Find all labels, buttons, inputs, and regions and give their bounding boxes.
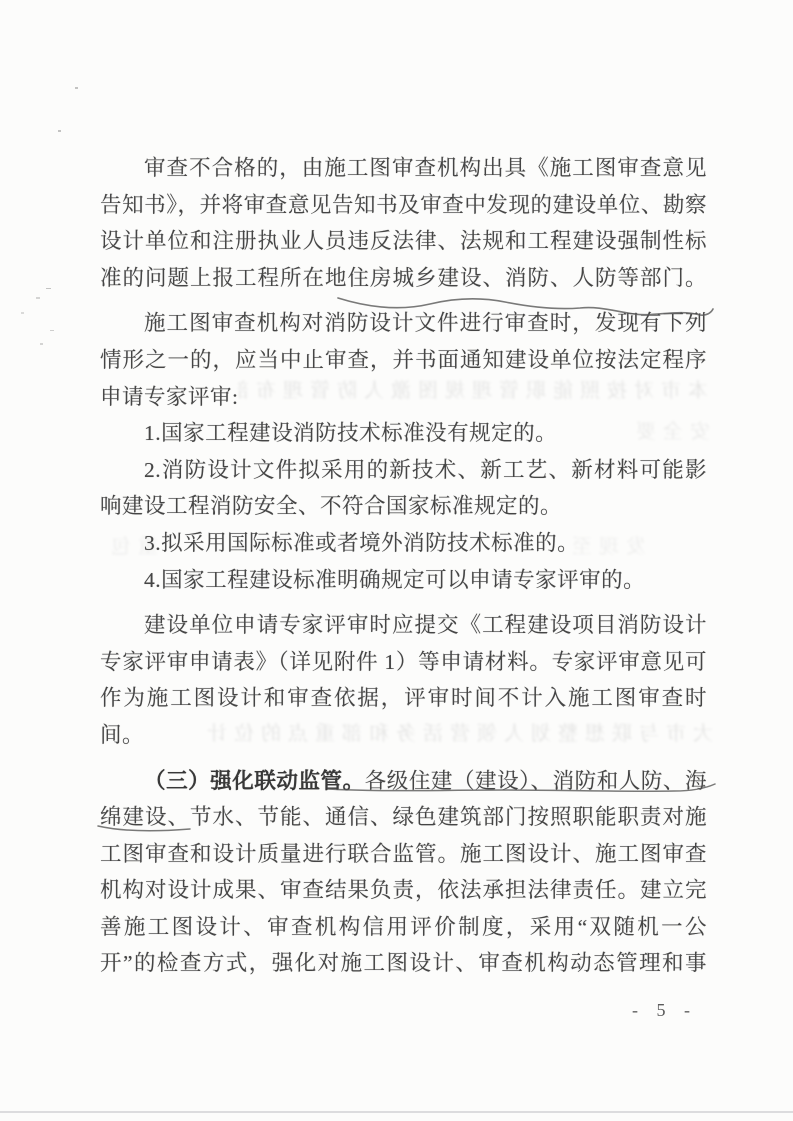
scan-speck	[46, 288, 51, 289]
text-line: 开”的检查方式，强化对施工图设计、审查机构动态管理和事	[100, 945, 707, 982]
text-line: 专家评审申请表》（详见附件 1）等申请材料。专家评审意见可	[100, 644, 707, 681]
bleed-through-text: 本市对按照能职管理规图激人防管理布部里小物的下行	[238, 379, 708, 403]
document-body: 审查不合格的，由施工图审查机构出具《施工图审查意见 告知书》，并将审查意见告知书…	[100, 150, 707, 982]
text-line: 绵建设、节水、节能、通信、绿色建筑部门按照职能职责对施	[100, 799, 707, 836]
scan-speck	[21, 312, 24, 314]
page-number: - 5 -	[632, 1000, 697, 1021]
bleed-through-text: 重包	[96, 535, 158, 559]
text-line: 告知书》，并将审查意见告知书及审查中发现的建设单位、勘察	[100, 187, 707, 224]
scan-speck	[58, 130, 61, 132]
text-line: 准的问题上报工程所在地住房城乡建设、消防、人防等部门。	[100, 260, 707, 297]
scan-speck	[75, 87, 78, 89]
text-line: 建设单位申请专家评审时应提交《工程建设项目消防设计	[100, 607, 707, 644]
list-item: 响建设工程消防安全、不符合国家标准规定的。	[100, 488, 707, 525]
text-line: 设计单位和注册执业人员违反法律、法规和工程建设强制性标	[100, 223, 707, 260]
text-line: 情形之一的，应当中止审查，并书面通知建设单位按法定程序	[100, 342, 707, 379]
text-line: 机构对设计成果、审查结果负责，依法承担法律责任。建立完	[100, 872, 707, 909]
text-line: 作为施工图设计和审查依据，评审时间不计入施工图审查时	[100, 680, 707, 717]
text-line: （三）强化联动监管。各级住建（建设）、消防和人防、海	[100, 763, 707, 800]
section-heading: （三）强化联动监管。	[144, 769, 365, 793]
text-line: 善施工图设计、审查机构信用评价制度，采用“双随机一公	[100, 909, 707, 946]
bleed-through-text: 大市与联想整划人领营活务和部重点的位计	[135, 722, 713, 746]
bleed-through-text: 发现至	[548, 535, 646, 559]
list-item: 2.消防设计文件拟采用的新技术、新工艺、新材料可能影	[100, 452, 707, 489]
scan-speck	[36, 297, 40, 299]
text-line: 审查不合格的，由施工图审查机构出具《施工图审查意见	[100, 150, 707, 187]
scan-speck	[50, 330, 54, 331]
scan-edge-line	[0, 1111, 793, 1113]
text-line: 工图审查和设计质量进行联合监管。施工图设计、施工图审查	[100, 836, 707, 873]
list-item: 4.国家工程建设标准明确规定可以申请专家评审的。	[100, 562, 707, 599]
bleed-through-text: 安全要	[608, 420, 710, 444]
text-span: 各级住建（建设）、消防和人防、海	[365, 769, 707, 793]
scan-speck	[40, 343, 43, 345]
text-line: 施工图审查机构对消防设计文件进行审查时，发现有下列	[100, 305, 707, 342]
scanned-document-page: 审查不合格的，由施工图审查机构出具《施工图审查意见 告知书》，并将审查意见告知书…	[0, 0, 793, 1121]
